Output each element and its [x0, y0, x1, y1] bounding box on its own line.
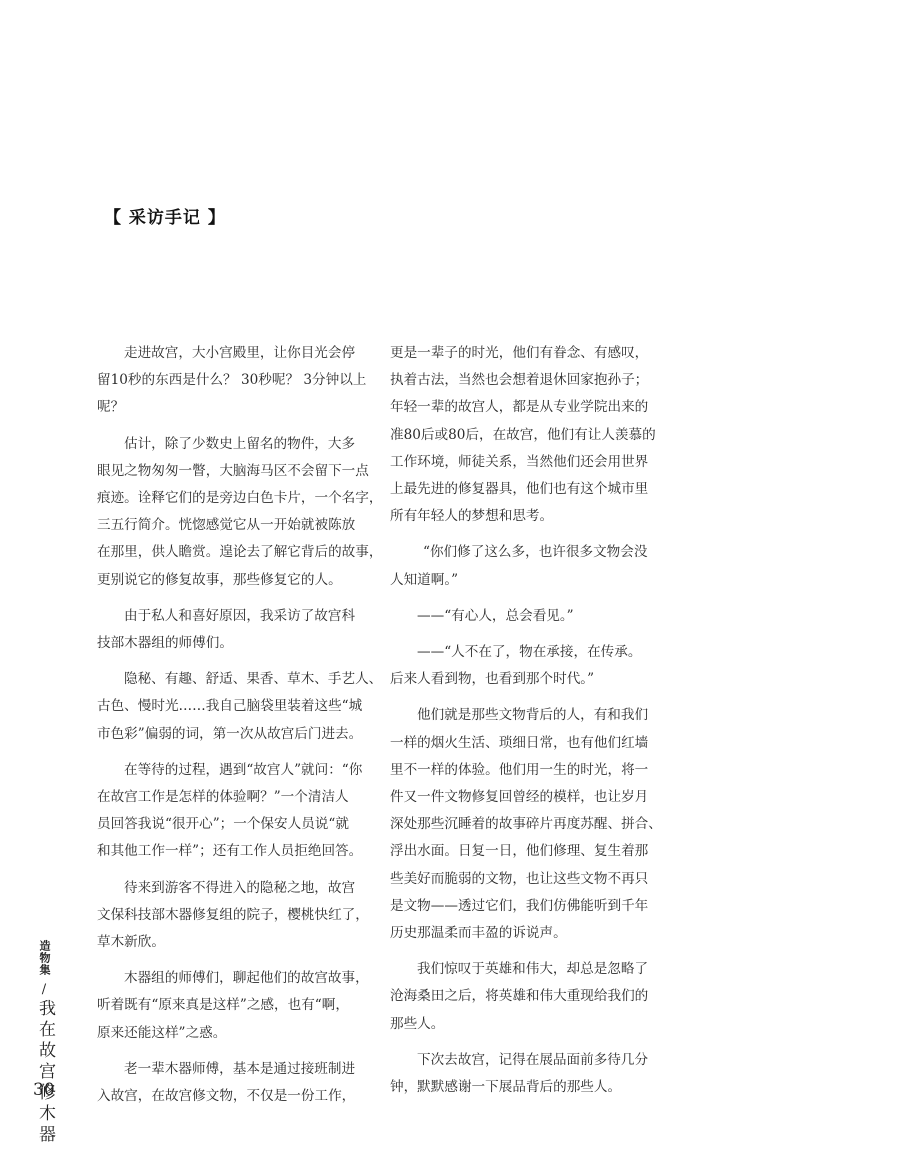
text-line: 眼见之物匆匆一瞥，大脑海马区不会留下一点 [97, 458, 369, 485]
text-line: 在那里，供人瞻赏。遑论去了解它背后的故事， [97, 539, 369, 566]
text-line: 走进故宫，大小宫殿里，让你目光会停 [97, 340, 369, 367]
paragraph: “你们修了这么多，也许很多文物会没 人知道啊。” [390, 539, 662, 593]
text-line: 更是一辈子的时光，他们有眷念、有感叹， [390, 340, 662, 367]
text-line: “你们修了这么多，也许很多文物会没 [390, 539, 662, 566]
text-line: 他们就是那些文物背后的人，有和我们 [390, 702, 662, 729]
text-line: 所有年轻人的梦想和思考。 [390, 503, 662, 530]
text-line: 工作环境，师徒关系，当然他们还会用世界 [390, 449, 662, 476]
series-name: 造物集 [36, 940, 52, 976]
text-line: 原来还能这样”之惑。 [97, 1020, 369, 1047]
text-line: 员回答我说“很开心”；一个保安人员说“就 [97, 811, 369, 838]
paragraph: ——“有心人，总会看见。” [390, 603, 662, 630]
text-line: 技部木器组的师傅们。 [97, 630, 369, 657]
paragraph: 由于私人和喜好原因，我采访了故宫科 技部木器组的师傅们。 [97, 603, 369, 657]
text-line: 听着既有“原来真是这样”之感，也有“啊， [97, 992, 369, 1019]
paragraph: 下次去故宫，记得在展品面前多待几分 钟，默默感谢一下展品背后的那些人。 [390, 1047, 662, 1101]
text-line: 件又一件文物修复回曾经的模样，也让岁月 [390, 784, 662, 811]
right-column: 更是一辈子的时光，他们有眷念、有感叹， 执着古法，当然也会想着退休回家抱孙子； … [390, 340, 662, 1110]
paragraph: 在等待的过程，遇到“故宫人”就问：“你 在故宫工作是怎样的体验啊？”一个清洁人 … [97, 757, 369, 866]
running-header: 造物集 / 我在故宫修木器 [33, 940, 55, 1150]
text-line: 市色彩”偏弱的词，第一次从故宫后门进去。 [97, 721, 369, 748]
text-line: 是文物——透过它们，我们仿佛能听到千年 [390, 893, 662, 920]
paragraph: 他们就是那些文物背后的人，有和我们 一样的烟火生活、琐细日常，也有他们红墙 里不… [390, 702, 662, 947]
text-line: 待来到游客不得进入的隐秘之地，故宫 [97, 875, 369, 902]
text-line: 后来人看到物，也看到那个时代。” [390, 666, 662, 693]
paragraph: 估计，除了少数史上留名的物件，大多 眼见之物匆匆一瞥，大脑海马区不会留下一点 痕… [97, 431, 369, 594]
paragraph: 木器组的师傅们，聊起他们的故宫故事， 听着既有“原来真是这样”之感，也有“啊， … [97, 965, 369, 1047]
text-line: 沧海桑田之后，将英雄和伟大重现给我们的 [390, 983, 662, 1010]
text-line: 准80后或80后，在故宫，他们有让人羡慕的 [390, 422, 662, 449]
text-line: 人知道啊。” [390, 567, 662, 594]
text-line: 三五行简介。恍惚感觉它从一开始就被陈放 [97, 512, 369, 539]
text-line: 钟，默默感谢一下展品背后的那些人。 [390, 1074, 662, 1101]
text-line: 隐秘、有趣、舒适、果香、草木、手艺人、 [97, 666, 369, 693]
paragraph: 老一辈木器师傅，基本是通过接班制进 入故宫，在故宫修文物，不仅是一份工作， [97, 1056, 369, 1110]
text-line: 在故宫工作是怎样的体验啊？”一个清洁人 [97, 784, 369, 811]
section-title: 【 采访手记 】 [104, 203, 226, 228]
text-line: 下次去故宫，记得在展品面前多待几分 [390, 1047, 662, 1074]
text-line: 入故宫，在故宫修文物，不仅是一份工作， [97, 1083, 369, 1110]
book-title: 我在故宫修木器 [33, 999, 58, 1146]
text-line: 草木新欣。 [97, 929, 369, 956]
paragraph: 走进故宫，大小宫殿里，让你目光会停 留10秒的东西是什么？ 30秒呢？ 3分钟以… [97, 340, 369, 422]
text-line: 些美好而脆弱的文物，也让这些文物不再只 [390, 866, 662, 893]
text-line: 文保科技部木器修复组的院子，樱桃快红了， [97, 902, 369, 929]
text-line: 木器组的师傅们，聊起他们的故宫故事， [97, 965, 369, 992]
text-line: 那些人。 [390, 1011, 662, 1038]
text-line: ——“有心人，总会看见。” [390, 603, 662, 630]
paragraph: 更是一辈子的时光，他们有眷念、有感叹， 执着古法，当然也会想着退休回家抱孙子； … [390, 340, 662, 530]
separator-slash: / [33, 982, 55, 997]
text-line: 我们惊叹于英雄和伟大，却总是忽略了 [390, 956, 662, 983]
text-line: 一样的烟火生活、琐细日常，也有他们红墙 [390, 730, 662, 757]
text-line: 呢？ [97, 394, 369, 421]
text-line: 里不一样的体验。他们用一生的时光，将一 [390, 757, 662, 784]
text-line: 执着古法，当然也会想着退休回家抱孙子； [390, 367, 662, 394]
text-line: 更别说它的修复故事，那些修复它的人。 [97, 567, 369, 594]
text-line: 和其他工作一样”；还有工作人员拒绝回答。 [97, 838, 369, 865]
paragraph: 我们惊叹于英雄和伟大，却总是忽略了 沧海桑田之后，将英雄和伟大重现给我们的 那些… [390, 956, 662, 1038]
text-line: 由于私人和喜好原因，我采访了故宫科 [97, 603, 369, 630]
text-line: 浮出水面。日复一日，他们修理、复生着那 [390, 838, 662, 865]
paragraph: ——“人不在了，物在承接，在传承。 后来人看到物，也看到那个时代。” [390, 639, 662, 693]
text-line: 留10秒的东西是什么？ 30秒呢？ 3分钟以上 [97, 367, 369, 394]
page-number: 30 [33, 1080, 55, 1100]
left-column: 走进故宫，大小宫殿里，让你目光会停 留10秒的东西是什么？ 30秒呢？ 3分钟以… [97, 340, 369, 1119]
text-line: ——“人不在了，物在承接，在传承。 [390, 639, 662, 666]
text-line: 在等待的过程，遇到“故宫人”就问：“你 [97, 757, 369, 784]
text-line: 深处那些沉睡着的故事碎片再度苏醒、拼合、 [390, 811, 662, 838]
text-line: 痕迹。诠释它们的是旁边白色卡片，一个名字， [97, 485, 369, 512]
text-line: 古色、慢时光……我自己脑袋里装着这些“城 [97, 693, 369, 720]
paragraph: 隐秘、有趣、舒适、果香、草木、手艺人、 古色、慢时光……我自己脑袋里装着这些“城… [97, 666, 369, 748]
text-line: 上最先进的修复器具，他们也有这个城市里 [390, 476, 662, 503]
text-line: 历史那温柔而丰盈的诉说声。 [390, 920, 662, 947]
text-line: 年轻一辈的故宫人，都是从专业学院出来的 [390, 394, 662, 421]
text-line: 估计，除了少数史上留名的物件，大多 [97, 431, 369, 458]
text-line: 老一辈木器师傅，基本是通过接班制进 [97, 1056, 369, 1083]
paragraph: 待来到游客不得进入的隐秘之地，故宫 文保科技部木器修复组的院子，樱桃快红了， 草… [97, 875, 369, 957]
